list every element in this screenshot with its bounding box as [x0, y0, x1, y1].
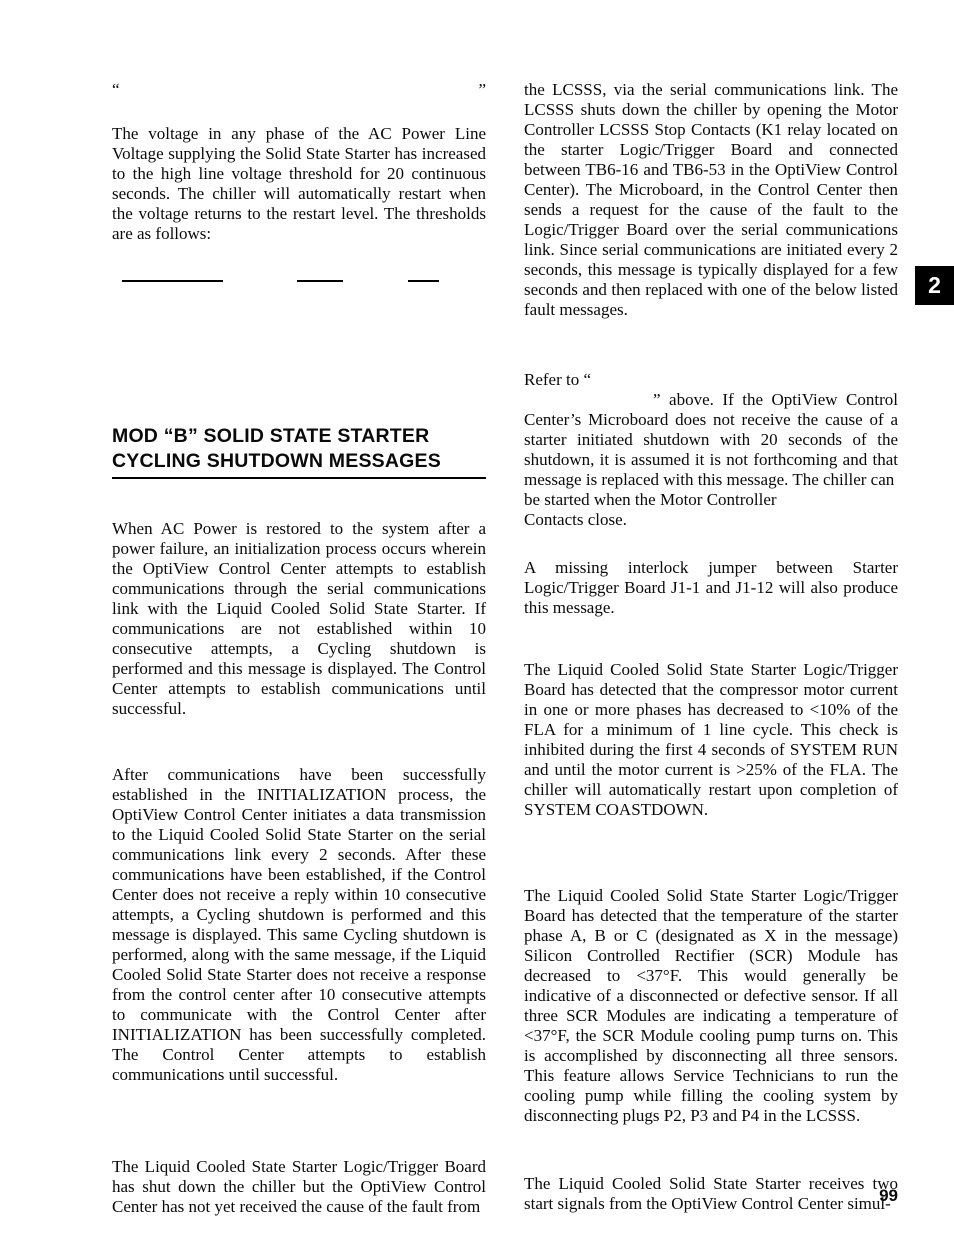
manual-page: “ ” The voltage in any phase of the AC P…	[0, 0, 954, 1235]
chapter-tab: 2	[915, 266, 954, 305]
section-heading-line2: CYCLING SHUTDOWN MESSAGES	[112, 449, 486, 474]
refer-intro-line: Refer to “	[524, 370, 898, 390]
paragraph-high-line-voltage: The voltage in any phase of the AC Power…	[112, 124, 486, 244]
paragraph-interlock-jumper: A missing interlock jumper between Start…	[524, 558, 898, 618]
paragraph-shutdown-cause: The Liquid Cooled State Starter Logic/Tr…	[112, 1157, 486, 1217]
blank-field-rule	[297, 280, 343, 282]
section-heading-line1: MOD “B” SOLID STATE STARTER	[112, 424, 486, 449]
refer-motor-controller-line: be started when the Motor Controller	[524, 490, 898, 510]
paragraph-two-start-signals: The Liquid Cooled Solid State Starter re…	[524, 1174, 898, 1214]
paragraph-refer-to: Refer to “ ” above. If the OptiView Cont…	[524, 370, 898, 530]
left-column: “ ” The voltage in any phase of the AC P…	[112, 80, 486, 1217]
threshold-blank-fields	[112, 280, 486, 282]
refer-contacts-close-line: Contacts close.	[524, 510, 898, 530]
paragraph-scr-temperature: The Liquid Cooled Solid State Starter Lo…	[524, 886, 898, 1126]
redacted-message-title-line: “ ”	[112, 80, 486, 100]
blank-field-rule	[408, 280, 439, 282]
page-number: 99	[879, 1186, 898, 1206]
paragraph-after-communications: After communications have been successfu…	[112, 765, 486, 1085]
close-quote: ”	[478, 80, 486, 100]
open-quote: “	[112, 80, 120, 100]
right-column: the LCSSS, via the serial communications…	[524, 80, 898, 1214]
refer-body-text: ” above. If the OptiView Control Center’…	[524, 390, 898, 490]
section-heading: MOD “B” SOLID STATE STARTER CYCLING SHUT…	[112, 424, 486, 479]
paragraph-motor-current: The Liquid Cooled Solid State Starter Lo…	[524, 660, 898, 820]
paragraph-lcsss-serial-link: the LCSSS, via the serial communications…	[524, 80, 898, 320]
blank-field-rule	[122, 280, 223, 282]
paragraph-ac-power-restored: When AC Power is restored to the system …	[112, 519, 486, 719]
